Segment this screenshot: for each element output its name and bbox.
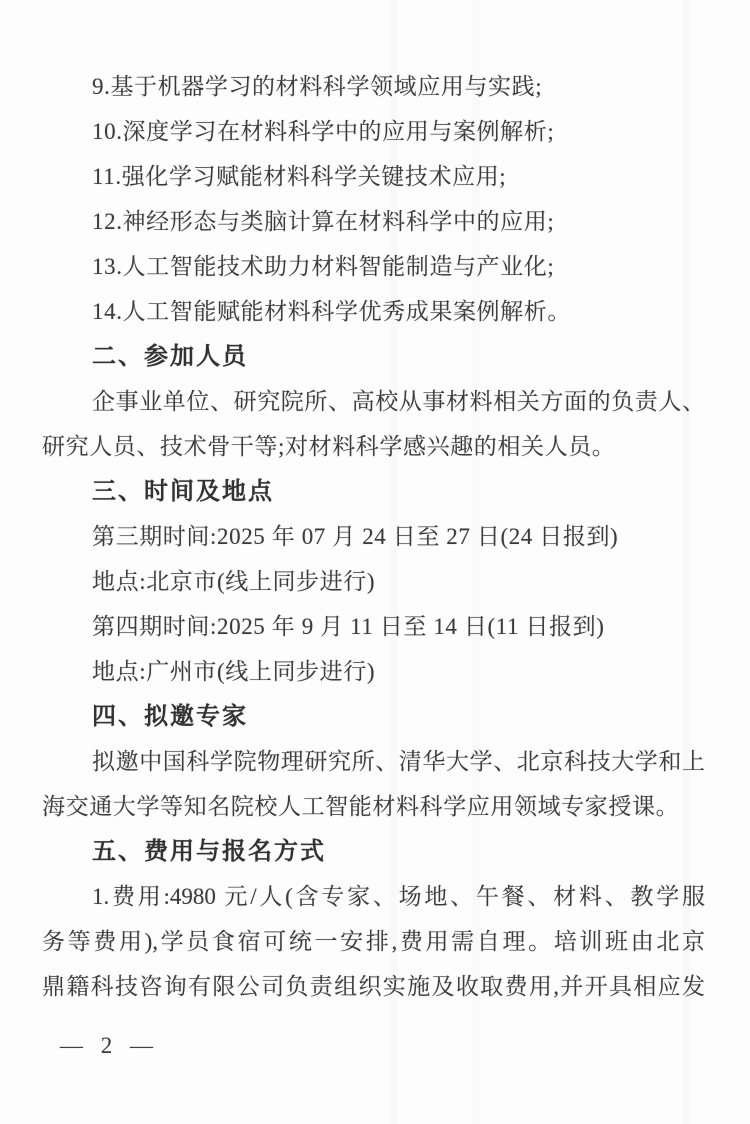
document-body: 9.基于机器学习的材料科学领域应用与实践;10.深度学习在材料科学中的应用与案例… — [42, 64, 705, 1009]
text-line: 10.深度学习在材料科学中的应用与案例解析; — [42, 109, 705, 154]
text-line: 第四期时间:2025 年 9 月 11 日至 14 日(11 日报到) — [42, 604, 705, 649]
section-heading: 二、参加人员 — [42, 334, 705, 379]
page-number: — 2 — — [60, 1033, 159, 1059]
text-line: 地点:广州市(线上同步进行) — [42, 649, 705, 694]
text-line: 地点:北京市(线上同步进行) — [42, 559, 705, 604]
text-line: 9.基于机器学习的材料科学领域应用与实践; — [42, 64, 705, 109]
text-line: 1.费用:4980 元/人(含专家、场地、午餐、材料、教学服 — [42, 874, 705, 919]
section-heading: 五、费用与报名方式 — [42, 829, 705, 874]
document-page: 9.基于机器学习的材料科学领域应用与实践;10.深度学习在材料科学中的应用与案例… — [0, 0, 750, 1124]
section-heading: 三、时间及地点 — [42, 469, 705, 514]
text-line: 第三期时间:2025 年 07 月 24 日至 27 日(24 日报到) — [42, 514, 705, 559]
text-line: 14.人工智能赋能材料科学优秀成果案例解析。 — [42, 289, 705, 334]
text-line: 11.强化学习赋能材料科学关键技术应用; — [42, 154, 705, 199]
section-heading: 四、拟邀专家 — [42, 694, 705, 739]
text-line: 企事业单位、研究院所、高校从事材料相关方面的负责人、 — [42, 379, 705, 424]
text-line: 拟邀中国科学院物理研究所、清华大学、北京科技大学和上 — [42, 739, 705, 784]
text-line: 务等费用),学员食宿可统一安排,费用需自理。培训班由北京 — [42, 919, 705, 964]
text-line: 13.人工智能技术助力材料智能制造与产业化; — [42, 244, 705, 289]
text-line: 海交通大学等知名院校人工智能材料科学应用领域专家授课。 — [42, 784, 705, 829]
text-line: 12.神经形态与类脑计算在材料科学中的应用; — [42, 199, 705, 244]
text-line: 鼎籍科技咨询有限公司负责组织实施及收取费用,并开具相应发 — [42, 964, 705, 1009]
text-line: 研究人员、技术骨干等;对材料科学感兴趣的相关人员。 — [42, 424, 705, 469]
